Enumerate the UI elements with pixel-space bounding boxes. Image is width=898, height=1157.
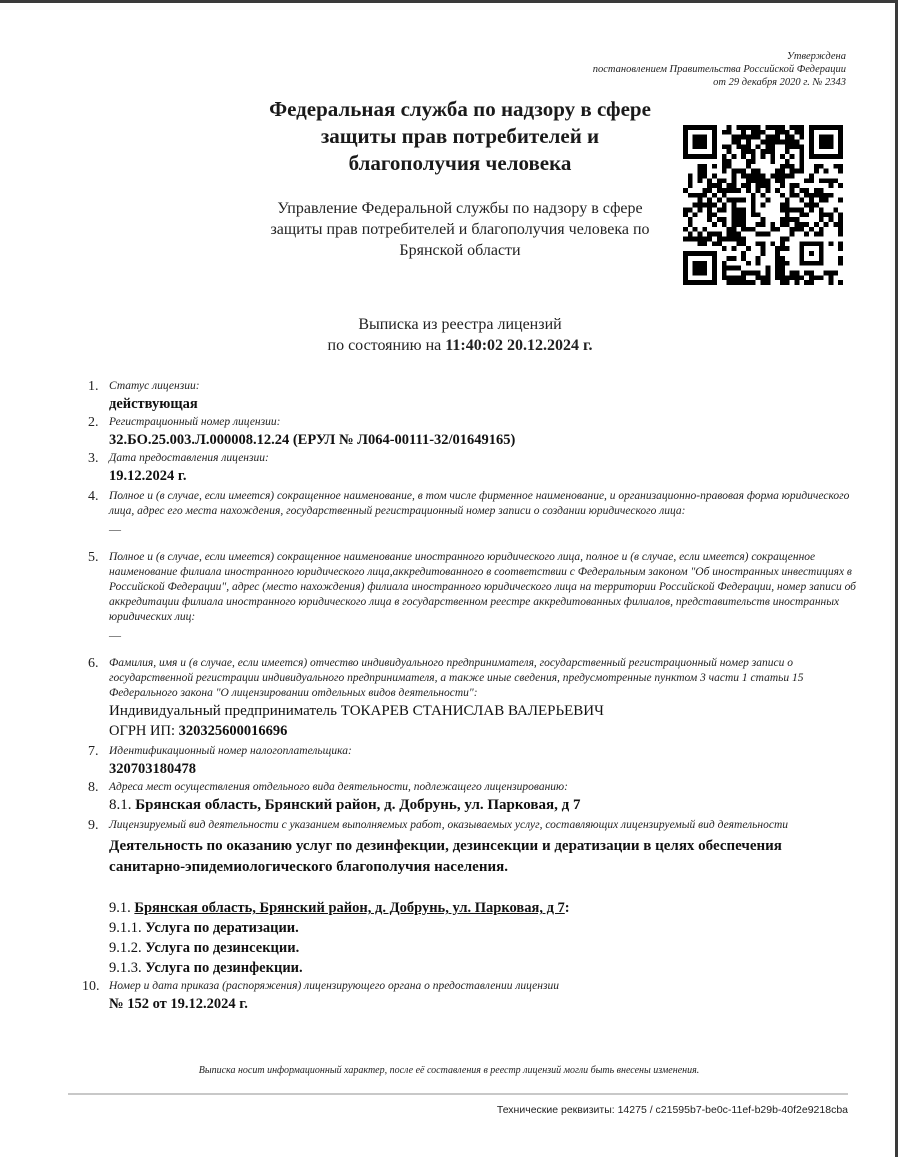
approval-line-2: постановлением Правительства Российской …: [593, 63, 846, 76]
extract-state: по состоянию на 11:40:02 20.12.2024 г.: [255, 335, 665, 356]
order-value: № 152 от 19.12.2024 г.: [109, 994, 858, 1014]
activity-address-row: 9.1. Брянская область, Брянский район, д…: [109, 898, 858, 918]
service-number: 9.1.1.: [109, 920, 142, 936]
extract-heading: Выписка из реестра лицензий по состоянию…: [255, 314, 665, 356]
address-row: 8.1. Брянская область, Брянский район, д…: [109, 795, 858, 815]
item-activity: 9. Лицензируемый вид деятельности с указ…: [88, 817, 858, 978]
license-items: 1. Статус лицензии: действующая 2. Регис…: [88, 378, 858, 1014]
item-number: 5.: [88, 549, 99, 566]
item-number: 3.: [88, 450, 99, 467]
service-row: 9.1.2. Услуга по дезинсекции.: [109, 938, 858, 958]
item-foreign-entity: 5. Полное и (в случае, если имеется) сок…: [88, 549, 858, 645]
license-issue-date: 19.12.2024 г.: [109, 466, 858, 486]
item-label: Фамилия, имя и (в случае, если имеется) …: [109, 655, 858, 701]
item-order: 10. Номер и дата приказа (распоряжения) …: [88, 978, 858, 1014]
inn-value: 320703180478: [109, 759, 858, 779]
extract-title: Выписка из реестра лицензий: [255, 314, 665, 335]
legal-entity-value: —: [109, 519, 858, 539]
item-issue-date: 3. Дата предоставления лицензии: 19.12.2…: [88, 450, 858, 486]
service-row: 9.1.3. Услуга по дезинфекции.: [109, 958, 858, 978]
activity-description: Деятельность по оказанию услуг по дезинф…: [109, 836, 858, 878]
item-inn: 7. Идентификационный номер налогоплатель…: [88, 743, 858, 779]
service-text: Услуга по дезинсекции.: [145, 940, 299, 956]
ogrn-label: ОГРН ИП:: [109, 723, 175, 739]
entrepreneur-name: Индивидуальный предприниматель ТОКАРЕВ С…: [109, 701, 858, 721]
qr-code-icon: [683, 125, 843, 285]
agency-subtitle: Управление Федеральной службы по надзору…: [255, 198, 665, 261]
address-number: 8.1.: [109, 797, 132, 813]
agency-title: Федеральная служба по надзору в сфере за…: [255, 96, 665, 177]
approval-line-3: от 29 декабря 2020 г. № 2343: [593, 76, 846, 89]
item-number: 9.: [88, 817, 99, 834]
license-status: действующая: [109, 394, 858, 414]
item-label: Идентификационный номер налогоплательщик…: [109, 743, 858, 759]
activity-address-number: 9.1.: [109, 900, 131, 916]
service-text: Услуга по дезинфекции.: [145, 960, 302, 976]
technical-details: Технические реквизиты: 14275 / c21595b7-…: [497, 1104, 848, 1116]
ogrn-row: ОГРН ИП: 320325600016696: [109, 721, 858, 741]
service-text: Услуга по дератизации.: [145, 920, 299, 936]
activity-address: Брянская область, Брянский район, д. Доб…: [134, 900, 564, 916]
item-reg-number: 2. Регистрационный номер лицензии: 32.БО…: [88, 414, 858, 450]
item-entrepreneur: 6. Фамилия, имя и (в случае, если имеетс…: [88, 655, 858, 741]
service-number: 9.1.2.: [109, 940, 142, 956]
item-label: Номер и дата приказа (распоряжения) лице…: [109, 978, 858, 994]
item-number: 2.: [88, 414, 99, 431]
service-row: 9.1.1. Услуга по дератизации.: [109, 918, 858, 938]
item-addresses: 8. Адреса мест осуществления отдельного …: [88, 779, 858, 815]
foreign-entity-value: —: [109, 625, 858, 645]
item-number: 4.: [88, 488, 99, 505]
item-label: Лицензируемый вид деятельности с указани…: [109, 817, 858, 833]
item-label: Полное и (в случае, если имеется) сокращ…: [109, 549, 858, 625]
item-label: Регистрационный номер лицензии:: [109, 414, 858, 430]
extract-state-prefix: по состоянию на: [328, 337, 442, 354]
item-number: 8.: [88, 779, 99, 796]
item-legal-entity: 4. Полное и (в случае, если имеется) сок…: [88, 488, 858, 539]
item-number: 1.: [88, 378, 99, 395]
footer-divider: [68, 1093, 848, 1095]
approval-line-1: Утверждена: [593, 50, 846, 63]
item-status: 1. Статус лицензии: действующая: [88, 378, 858, 414]
item-number: 10.: [82, 978, 100, 995]
address-value: Брянская область, Брянский район, д. Доб…: [135, 797, 580, 813]
service-number: 9.1.3.: [109, 960, 142, 976]
item-label: Дата предоставления лицензии:: [109, 450, 858, 466]
disclaimer: Выписка носит информационный характер, п…: [0, 1065, 898, 1076]
item-number: 6.: [88, 655, 99, 672]
extract-state-value: 11:40:02 20.12.2024 г.: [445, 337, 592, 354]
ogrn-value: 320325600016696: [179, 723, 288, 739]
page-top-border: [0, 0, 898, 3]
item-label: Статус лицензии:: [109, 378, 858, 394]
item-label: Адреса мест осуществления отдельного вид…: [109, 779, 858, 795]
item-number: 7.: [88, 743, 99, 760]
license-reg-number: 32.БО.25.003.Л.000008.12.24 (ЕРУЛ № Л064…: [109, 430, 858, 450]
item-label: Полное и (в случае, если имеется) сокращ…: [109, 488, 858, 519]
approval-note: Утверждена постановлением Правительства …: [593, 50, 846, 89]
